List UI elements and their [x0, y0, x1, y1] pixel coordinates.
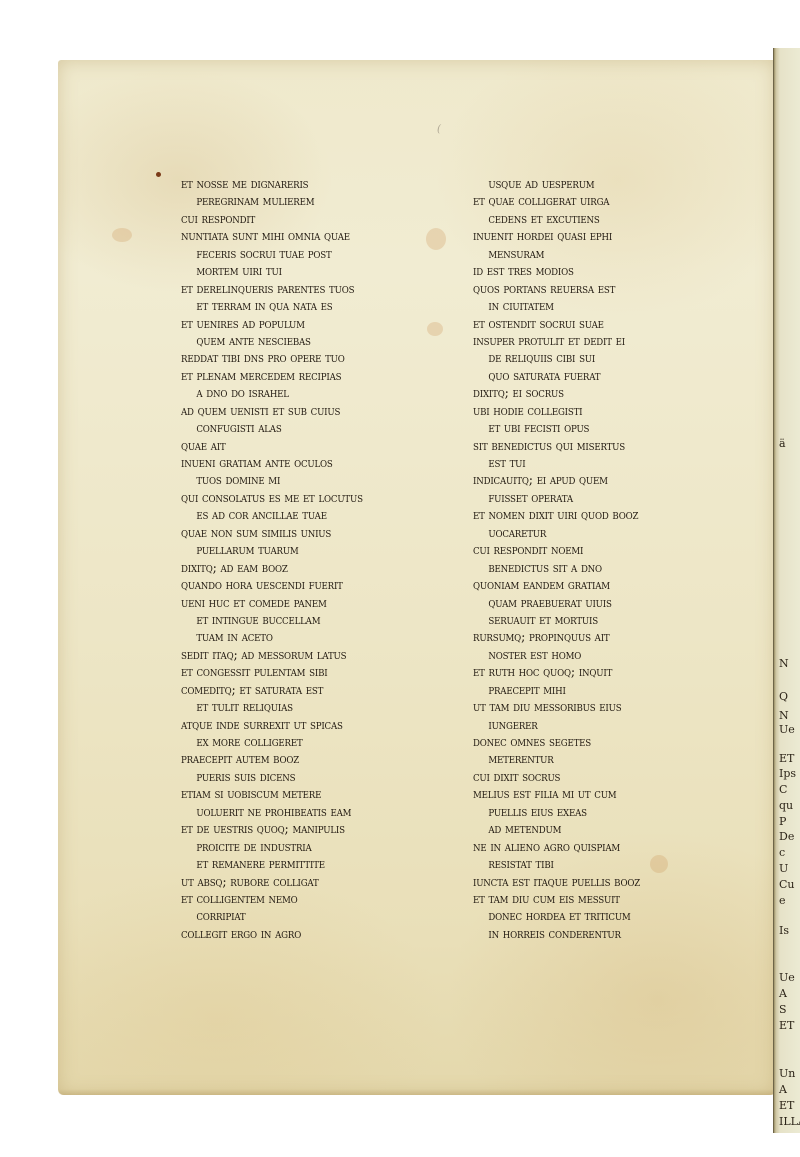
next-leaf-edge: äNQNUeETIpsCquPDecUCueIsUeASETUnAETILLAe… — [773, 48, 800, 1133]
manuscript-line: QUONIAM EANDEM GRATIAM — [473, 577, 732, 594]
manuscript-line: CUI DIXIT SOCRUS — [473, 769, 732, 786]
manuscript-line: QUO SATURATA FUERAT — [473, 368, 732, 385]
manuscript-line: SIT BENEDICTUS QUI MISERTUS — [473, 438, 732, 455]
manuscript-line: ET TAM DIU CUM EIS MESSUIT — [473, 891, 732, 908]
next-leaf-text-fragment: Is — [779, 925, 789, 937]
manuscript-line: ET CONGESSIT PULENTAM SIBI — [181, 664, 440, 681]
manuscript-line: QUAE AIT — [181, 438, 440, 455]
manuscript-line: A DNO DO ISRAHEL — [181, 385, 440, 402]
next-leaf-text-fragment: Q — [779, 691, 788, 703]
next-leaf-text-fragment: De — [779, 831, 794, 843]
manuscript-line: ET UENIRES AD POPULUM — [181, 316, 440, 333]
manuscript-line: QUAM PRAEBUERAT UIUIS — [473, 595, 732, 612]
manuscript-line: ET PLENAM MERCEDEM RECIPIAS — [181, 368, 440, 385]
manuscript-line: SEDIT ITAQ; AD MESSORUM LATUS — [181, 647, 440, 664]
next-leaf-text-fragment: e — [779, 895, 786, 907]
folio-mark: ( — [437, 124, 441, 135]
manuscript-line: ET TERRAM IN QUA NATA ES — [181, 298, 440, 315]
next-leaf-text-fragment: ET — [779, 1100, 794, 1112]
manuscript-line: COLLEGIT ERGO IN AGRO — [181, 926, 440, 943]
manuscript-line: TUAM IN ACETO — [181, 629, 440, 646]
manuscript-line: DONEC HORDEA ET TRITICUM — [473, 908, 732, 925]
manuscript-line: AD METENDUM — [473, 821, 732, 838]
manuscript-line: IUNCTA EST ITAQUE PUELLIS BOOZ — [473, 874, 732, 891]
manuscript-line: MENSURAM — [473, 246, 732, 263]
manuscript-line: UT ABSQ; RUBORE COLLIGAT — [181, 874, 440, 891]
parchment-stain — [112, 228, 132, 242]
manuscript-line: REDDAT TIBI DNS PRO OPERE TUO — [181, 350, 440, 367]
manuscript-line: ES AD COR ANCILLAE TUAE — [181, 507, 440, 524]
manuscript-line: NUNTIATA SUNT MIHI OMNIA QUAE — [181, 228, 440, 245]
manuscript-line: TUOS DOMINE MI — [181, 472, 440, 489]
manuscript-line: ET RUTH HOC QUOQ; INQUIT — [473, 664, 732, 681]
manuscript-line: IN CIUITATEM — [473, 298, 732, 315]
manuscript-line: PRAECEPIT MIHI — [473, 682, 732, 699]
right-column-text: USQUE AD UESPERUMET QUAE COLLIGERAT UIRG… — [473, 176, 743, 943]
manuscript-line: QUANDO HORA UESCENDI FUERIT — [181, 577, 440, 594]
manuscript-line: INUENIT HORDEI QUASI EPHI — [473, 228, 732, 245]
next-leaf-text-fragment: N — [779, 658, 789, 670]
manuscript-line: FECERIS SOCRUI TUAE POST — [181, 246, 440, 263]
manuscript-line: CONFUGISTI ALAS — [181, 420, 440, 437]
next-leaf-text-fragment: Ue — [779, 972, 795, 984]
manuscript-line: BENEDICTUS SIT A DNO — [473, 560, 732, 577]
left-column-text: ET NOSSE ME DIGNARERISPEREGRINAM MULIERE… — [181, 176, 451, 943]
manuscript-line: UOLUERIT NE PROHIBEATIS EAM — [181, 804, 440, 821]
next-leaf-text-fragment: Ips — [779, 768, 796, 780]
manuscript-line: MORTEM UIRI TUI — [181, 263, 440, 280]
manuscript-line: ET COLLIGENTEM NEMO — [181, 891, 440, 908]
manuscript-line: IN HORREIS CONDERENTUR — [473, 926, 732, 943]
next-leaf-text-fragment: ILLA — [779, 1116, 800, 1128]
next-leaf-text-fragment: c — [779, 847, 785, 859]
manuscript-line: USQUE AD UESPERUM — [473, 176, 732, 193]
manuscript-line: PUERIS SUIS DICENS — [181, 769, 440, 786]
manuscript-line: EX MORE COLLIGERET — [181, 734, 440, 751]
manuscript-line: AD QUEM UENISTI ET SUB CUIUS — [181, 403, 440, 420]
manuscript-line: ET NOSSE ME DIGNARERIS — [181, 176, 440, 193]
next-leaf-text-fragment: Cu — [779, 879, 795, 891]
manuscript-line: SERUAUIT ET MORTUIS — [473, 612, 732, 629]
next-leaf-text-fragment: qu — [779, 800, 793, 812]
manuscript-line: METERENTUR — [473, 751, 732, 768]
next-leaf-text-fragment: Un — [779, 1068, 795, 1080]
manuscript-line: CORRIPIAT — [181, 908, 440, 925]
manuscript-line: INUENI GRATIAM ANTE OCULOS — [181, 455, 440, 472]
manuscript-line: ET DERELINQUERIS PARENTES TUOS — [181, 281, 440, 298]
manuscript-line: UBI HODIE COLLEGISTI — [473, 403, 732, 420]
manuscript-line: ET NOMEN DIXIT UIRI QUOD BOOZ — [473, 507, 732, 524]
manuscript-line: QUAE NON SUM SIMILIS UNIUS — [181, 525, 440, 542]
manuscript-line: RURSUMQ; PROPINQUUS AIT — [473, 629, 732, 646]
manuscript-line: ET DE UESTRIS QUOQ; MANIPULIS — [181, 821, 440, 838]
manuscript-line: UENI HUC ET COMEDE PANEM — [181, 595, 440, 612]
manuscript-line: PUELLARUM TUARUM — [181, 542, 440, 559]
manuscript-line: ET OSTENDIT SOCRUI SUAE — [473, 316, 732, 333]
manuscript-line: QUOS PORTANS REUERSA EST — [473, 281, 732, 298]
next-leaf-text-fragment: N — [779, 710, 789, 722]
next-leaf-text-fragment: ET — [779, 753, 794, 765]
manuscript-line: QUEM ANTE NESCIEBAS — [181, 333, 440, 350]
ink-dot-marker — [156, 172, 161, 177]
manuscript-line: ET INTINGUE BUCCELLAM — [181, 612, 440, 629]
manuscript-line: PRAECEPIT AUTEM BOOZ — [181, 751, 440, 768]
next-leaf-text-fragment: P — [779, 816, 786, 828]
manuscript-line: ET TULIT RELIQUIAS — [181, 699, 440, 716]
manuscript-line: ET REMANERE PERMITTITE — [181, 856, 440, 873]
manuscript-line: PEREGRINAM MULIEREM — [181, 193, 440, 210]
manuscript-line: PROICITE DE INDUSTRIA — [181, 839, 440, 856]
next-leaf-text-fragment: ä — [779, 438, 786, 450]
manuscript-line: ET UBI FECISTI OPUS — [473, 420, 732, 437]
manuscript-line: DONEC OMNES SEGETES — [473, 734, 732, 751]
next-leaf-text-fragment: eco — [779, 1132, 798, 1133]
manuscript-line: ET QUAE COLLIGERAT UIRGA — [473, 193, 732, 210]
manuscript-line: ETIAM SI UOBISCUM METERE — [181, 786, 440, 803]
manuscript-line: PUELLIS EIUS EXEAS — [473, 804, 732, 821]
manuscript-line: EST TUI — [473, 455, 732, 472]
manuscript-line: QUI CONSOLATUS ES ME ET LOCUTUS — [181, 490, 440, 507]
next-leaf-text-fragment: Ue — [779, 724, 795, 736]
manuscript-line: FUISSET OPERATA — [473, 490, 732, 507]
manuscript-line: MELIUS EST FILIA MI UT CUM — [473, 786, 732, 803]
manuscript-line: NE IN ALIENO AGRO QUISPIAM — [473, 839, 732, 856]
manuscript-line: RESISTAT TIBI — [473, 856, 732, 873]
next-leaf-text-fragment: A — [779, 988, 787, 1000]
manuscript-line: DE RELIQUIIS CIBI SUI — [473, 350, 732, 367]
next-leaf-text-fragment: A — [779, 1084, 787, 1096]
manuscript-line: NOSTER EST HOMO — [473, 647, 732, 664]
manuscript-line: ID EST TRES MODIOS — [473, 263, 732, 280]
manuscript-line: CUI RESPONDIT — [181, 211, 440, 228]
next-leaf-text-fragment: C — [779, 784, 787, 796]
next-leaf-text-fragment: S — [779, 1004, 787, 1016]
manuscript-line: CEDENS ET EXCUTIENS — [473, 211, 732, 228]
manuscript-line: UT TAM DIU MESSORIBUS EIUS — [473, 699, 732, 716]
manuscript-line: IUNGERER — [473, 717, 732, 734]
manuscript-line: DIXITQ; EI SOCRUS — [473, 385, 732, 402]
manuscript-line: COMEDITQ; ET SATURATA EST — [181, 682, 440, 699]
manuscript-line: INDICAUITQ; EI APUD QUEM — [473, 472, 732, 489]
manuscript-line: CUI RESPONDIT NOEMI — [473, 542, 732, 559]
next-leaf-text-fragment: U — [779, 863, 788, 875]
manuscript-line: INSUPER PROTULIT ET DEDIT EI — [473, 333, 732, 350]
manuscript-line: DIXITQ; AD EAM BOOZ — [181, 560, 440, 577]
manuscript-line: UOCARETUR — [473, 525, 732, 542]
next-leaf-text-fragment: ET — [779, 1020, 794, 1032]
manuscript-line: ATQUE INDE SURREXIT UT SPICAS — [181, 717, 440, 734]
